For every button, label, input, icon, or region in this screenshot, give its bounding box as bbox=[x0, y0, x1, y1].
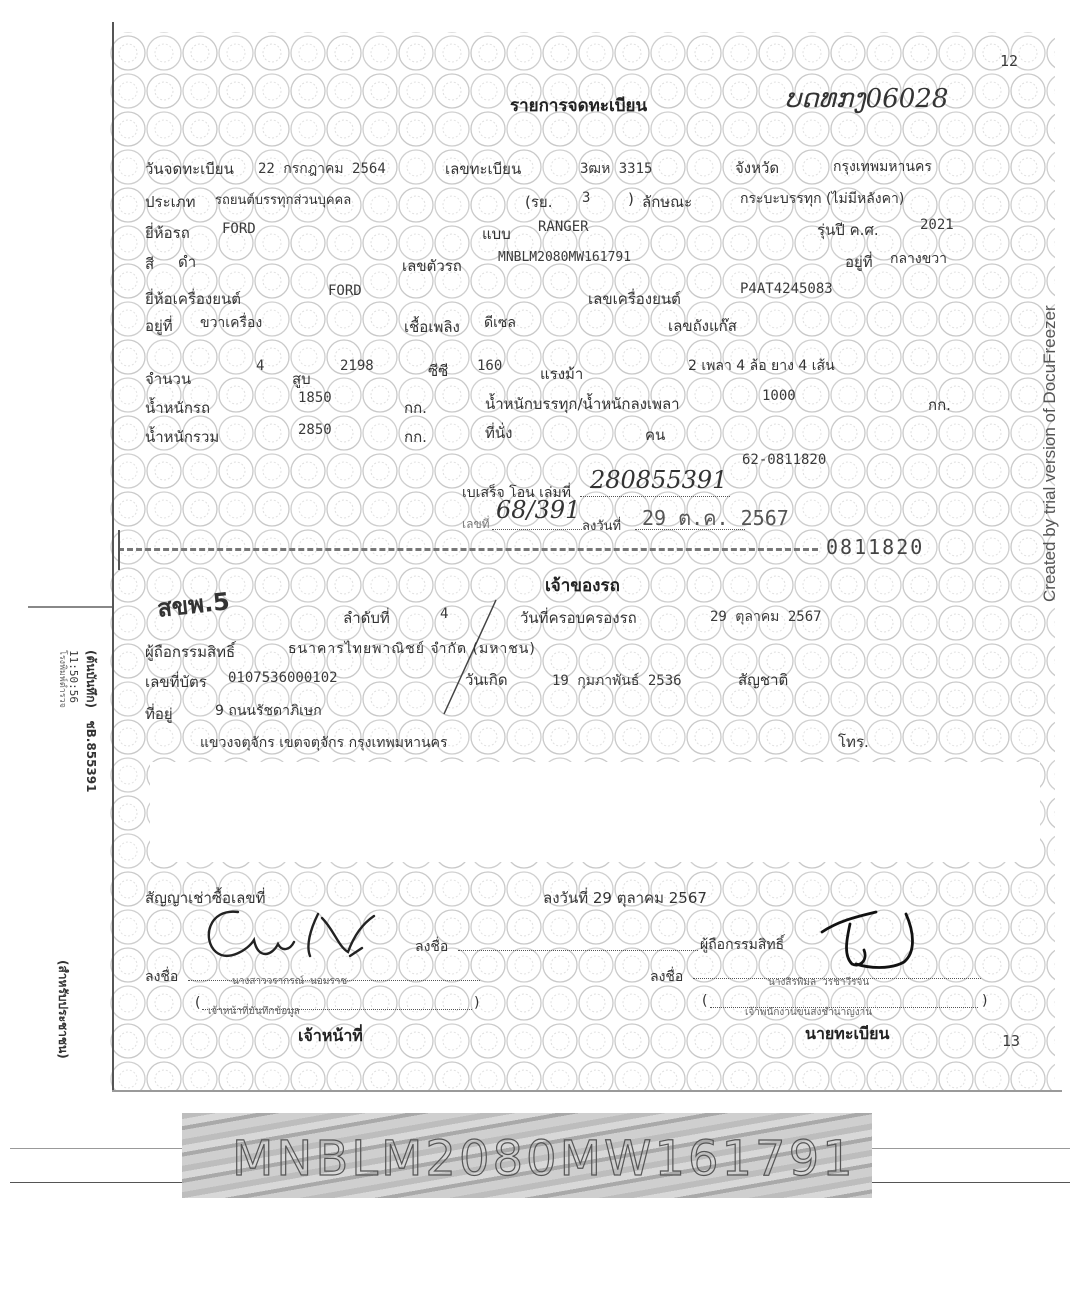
address-line-1: 9 ถนนรัชดาภิเษก bbox=[215, 700, 322, 722]
fuel: ดีเซล bbox=[484, 312, 516, 334]
holder-name: ธนาคารไทยพาณิชย์ จำกัด (มหาชน) bbox=[288, 638, 536, 660]
right-paren-close: ) bbox=[982, 993, 987, 1009]
fuel-label: เชื้อเพลิง bbox=[404, 315, 460, 339]
brand: FORD bbox=[222, 221, 256, 237]
docufreezer-watermark: Created by trial version of DocuFreezer bbox=[1040, 305, 1060, 602]
cylinder-count-label: จำนวน bbox=[145, 367, 191, 391]
province: กรุงเทพมหานคร bbox=[833, 156, 932, 178]
brand-label: ยี่ห้อรถ bbox=[145, 221, 190, 245]
nationality-label: สัญชาติ bbox=[738, 668, 788, 692]
holder-sign-suffix: ผู้ถือกรรมสิทธิ์ bbox=[700, 934, 784, 956]
style-label: ลักษณะ bbox=[642, 190, 692, 214]
model-year: 2021 bbox=[920, 217, 954, 233]
address-label: ที่อยู่ bbox=[145, 702, 173, 726]
sequence-label: ลำดับที่ bbox=[343, 606, 390, 630]
model: RANGER bbox=[538, 219, 589, 235]
load-unit: กก. bbox=[928, 393, 951, 417]
gross-weight-label: น้ำหนักรวม bbox=[145, 425, 219, 449]
engine-number: P4AT4245083 bbox=[740, 281, 833, 297]
officer-signature bbox=[198, 900, 418, 970]
receipt-date-label: ลงวันที่ bbox=[582, 515, 621, 536]
engine-number-label: เลขเครื่องยนต์ bbox=[588, 287, 681, 311]
possession-date: 29 ตุลาคม 2567 bbox=[710, 606, 822, 628]
persons-label: คน bbox=[645, 423, 665, 447]
cylinder-count: 4 bbox=[256, 358, 264, 374]
load-weight: 1000 bbox=[762, 388, 796, 404]
engine-location-label: อยู่ที่ bbox=[145, 314, 173, 338]
color-label: สี bbox=[145, 252, 154, 276]
left-officer-role: เจ้าหน้าที่ bbox=[298, 1024, 363, 1049]
sheet-bottom-edge bbox=[112, 1090, 1062, 1092]
phone-label: โทร. bbox=[838, 730, 869, 754]
engine-brand: FORD bbox=[328, 283, 362, 299]
left-paren-close: ) bbox=[474, 995, 479, 1011]
color: ดำ bbox=[178, 250, 196, 274]
vehicle-style: กระบะบรรทุก (ไม่มีหลังคา) bbox=[740, 188, 904, 210]
receipt-number: 68/391 bbox=[496, 496, 580, 524]
form-stamp: สขพ.5 bbox=[155, 581, 231, 627]
gas-tank-label: เลขถังแก๊ส bbox=[668, 314, 737, 338]
page-number-bottom: 13 bbox=[1002, 1032, 1020, 1050]
left-officer-position: เจ้าหน้าที่บันทึกข้อมูล bbox=[208, 1004, 300, 1019]
load-label: น้ำหนักบรรทุก/น้ำหนักลงเพลา bbox=[485, 392, 680, 416]
id-number: 0107536000102 bbox=[228, 670, 338, 686]
left-paren-open: ( bbox=[195, 995, 200, 1011]
type-label: ประเภท bbox=[145, 190, 196, 214]
axles-wheels: 2 เพลา 4 ล้อ ยาง 4 เส้น bbox=[688, 355, 835, 377]
stub-text: (ต้นบันทึก) bbox=[84, 650, 98, 708]
page-title: รายการจดทะเบียน bbox=[510, 92, 647, 119]
holder-sign-line bbox=[458, 936, 698, 951]
plate-label: เลขทะเบียน bbox=[445, 157, 521, 181]
margin-tab-line bbox=[28, 606, 112, 608]
print-place: โรงพิมพ์ตำรวจ bbox=[56, 650, 70, 708]
separator-dashed bbox=[118, 548, 818, 551]
ry-value: 3 bbox=[582, 190, 590, 206]
holder-sign-label: ลงชื่อ bbox=[415, 936, 448, 958]
model-label: แบบ bbox=[482, 222, 511, 246]
gross-unit: กก. bbox=[404, 425, 427, 449]
seats-label: ที่นั่ง bbox=[485, 421, 512, 445]
cylinder-label: สูบ bbox=[292, 367, 311, 391]
vin-rubbing-image: MNBLM2080MW161791 bbox=[182, 1113, 872, 1198]
ry-label: (รย. bbox=[525, 190, 552, 214]
signed-date: ลงวันที่ 29 ตุลาคม 2567 bbox=[543, 886, 707, 910]
reg-date: 22 กรกฎาคม 2564 bbox=[258, 158, 386, 180]
stub-code: ชB.855391 bbox=[84, 721, 98, 793]
handwritten-reference: ບດທກ​ງ06028 bbox=[785, 84, 948, 114]
crop-mark bbox=[118, 530, 120, 570]
gross-weight: 2850 bbox=[298, 422, 332, 438]
vehicle-type: รถยนต์บรรทุกส่วนบุคคล bbox=[215, 189, 351, 210]
vin-rubbing-text: MNBLM2080MW161791 bbox=[232, 1131, 856, 1187]
horsepower: 160 bbox=[477, 358, 502, 374]
chassis-location: กลางขวา bbox=[890, 248, 947, 270]
plate-number: 3ฒห 3315 bbox=[580, 158, 652, 180]
horsepower-label: แรงม้า bbox=[540, 362, 583, 386]
receipt-book-number: 280855391 bbox=[590, 466, 727, 494]
registrar-signature bbox=[810, 902, 950, 972]
right-officer-position: เจ้าพนักงานขนส่งชำนาญงาน bbox=[745, 1005, 872, 1020]
right-paren-open: ( bbox=[702, 993, 707, 1009]
id-label: เลขที่บัตร bbox=[145, 670, 207, 694]
receipt-stamp: 0811820 bbox=[826, 535, 924, 559]
engine-brand-label: ยี่ห้อเครื่องยนต์ bbox=[145, 287, 241, 311]
year-label: รุ่นปี ค.ศ. bbox=[817, 218, 879, 242]
left-officer-name: นางสาววรากรณ์ นอมราช bbox=[232, 974, 347, 989]
right-officer-name: นางสิรพิมล วรชาวีรจน bbox=[768, 975, 869, 990]
engine-cc: 2198 bbox=[340, 358, 374, 374]
receipt-date: 29 ต.ค. 2567 bbox=[642, 502, 789, 534]
stub-label: (ต้นบันทึก) ชB.855391 bbox=[81, 650, 100, 792]
public-copy-label: (สำหรับประชาชน) bbox=[53, 960, 72, 1059]
address-line-2: แขวงจตุจักร เขตจตุจักร กรุงเทพมหานคร bbox=[200, 732, 447, 754]
chassis-location-label: อยู่ที่ bbox=[845, 250, 873, 274]
redacted-area bbox=[150, 762, 1040, 862]
engine-location: ขวาเครื่อง bbox=[200, 312, 262, 334]
receipt-no-label: เลขที่ bbox=[462, 515, 490, 534]
chassis-label: เลขตัวรถ bbox=[402, 254, 462, 278]
chassis-number: MNBLM2080MW161791 bbox=[498, 250, 631, 265]
weight: 1850 bbox=[298, 390, 332, 406]
left-sign-label: ลงชื่อ bbox=[145, 966, 178, 988]
sheet-left-edge bbox=[112, 22, 114, 1092]
weight-label: น้ำหนักรถ bbox=[145, 396, 210, 420]
province-label: จังหวัด bbox=[735, 156, 779, 180]
dob-label: วันเกิด bbox=[465, 668, 508, 692]
ry-close: ) bbox=[628, 190, 634, 208]
possession-date-label: วันที่ครอบครองรถ bbox=[520, 606, 637, 630]
cc-label: ซีซี bbox=[428, 359, 448, 383]
dob: 19 กุมภาพันธ์ 2536 bbox=[552, 670, 682, 692]
reference-code: 62-0811820 bbox=[742, 452, 826, 468]
right-sign-label: ลงชื่อ bbox=[650, 966, 683, 988]
reg-date-label: วันจดทะเบียน bbox=[145, 157, 234, 181]
owner-section-title: เจ้าของรถ bbox=[545, 572, 620, 599]
page-number-top: 12 bbox=[1000, 52, 1018, 70]
registrar-role: นายทะเบียน bbox=[805, 1022, 889, 1047]
holder-label: ผู้ถือกรรมสิทธิ์ bbox=[145, 640, 235, 664]
weight-unit: กก. bbox=[404, 396, 427, 420]
